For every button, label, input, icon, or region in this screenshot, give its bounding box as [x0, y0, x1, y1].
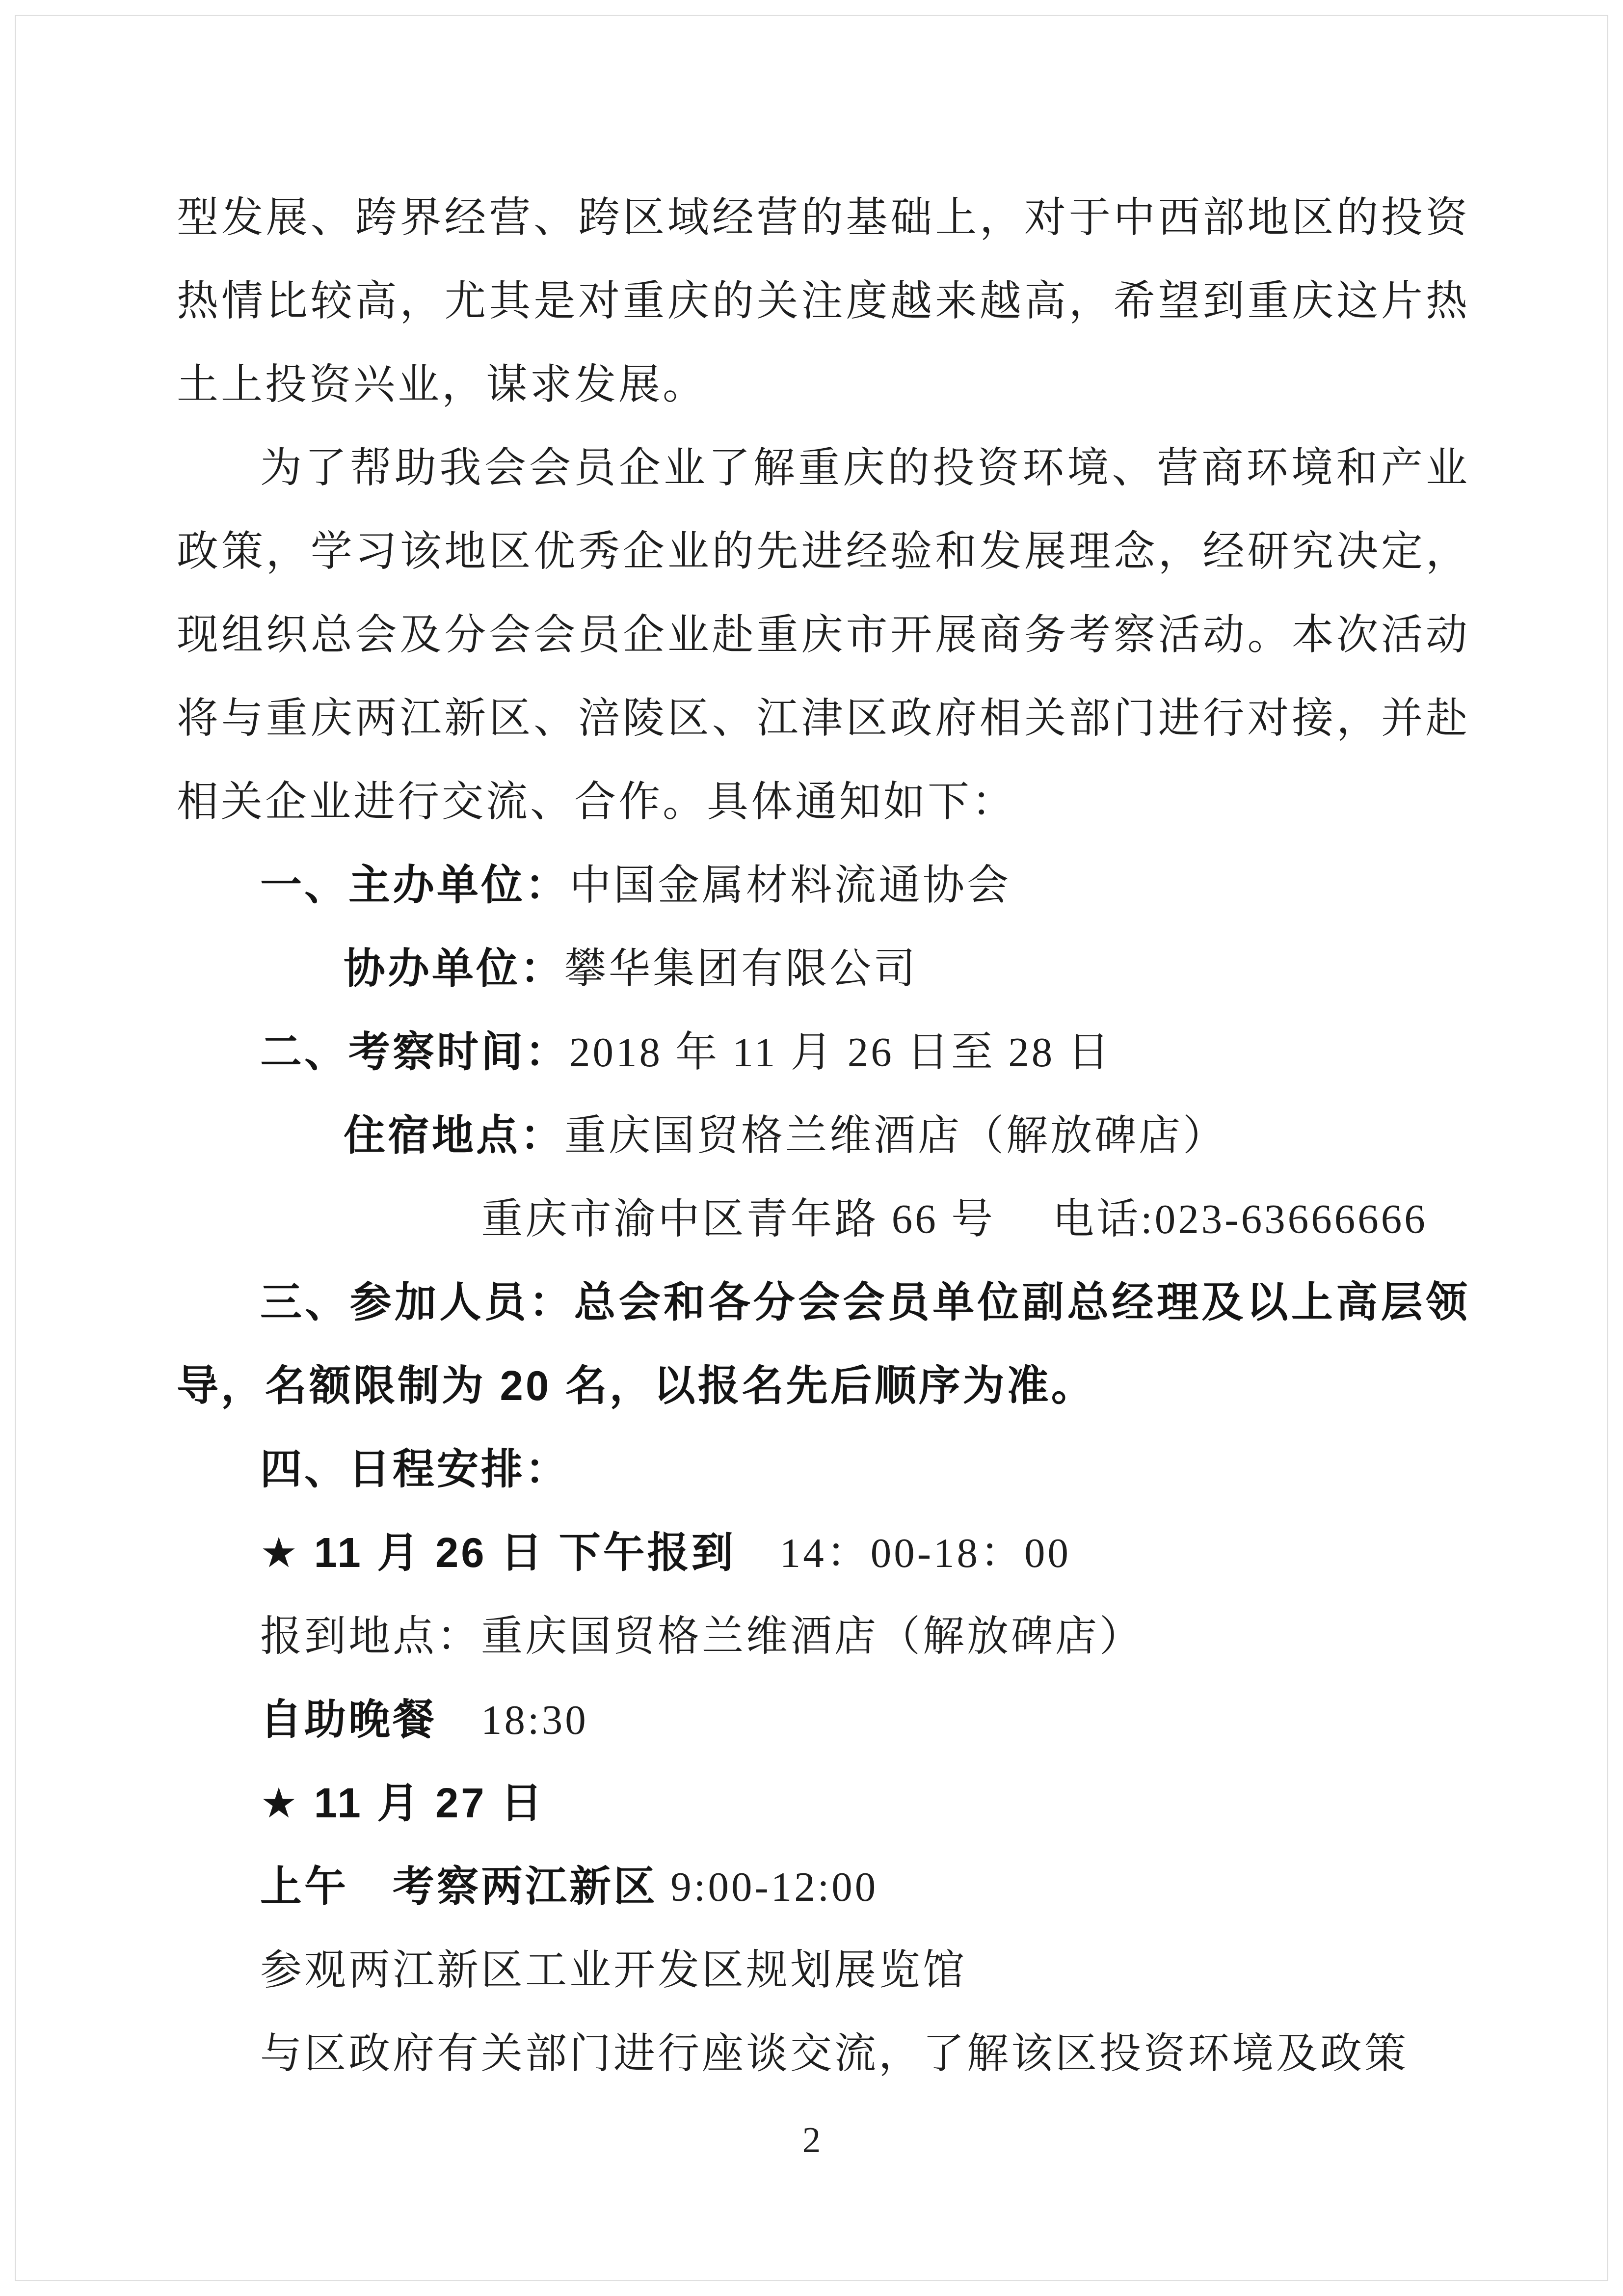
text-line: ★ 11 月 27 日: [260, 1762, 1470, 1845]
text-segment: 政策，学习该地区优秀企业的先进经验和发展理念，经研究决定，: [177, 529, 1470, 575]
text-segment: 中国金属材料流通协会: [569, 863, 1011, 909]
text-line: 参观两江新区工业开发区规划展览馆: [260, 1929, 1470, 2012]
text-line: ★ 11 月 26 日 下午报到 14：00-18：00: [260, 1512, 1470, 1595]
bold-text-segment: ★ 11 月 26 日 下午报到: [260, 1530, 736, 1576]
text-segment: 报到地点：重庆国贸格兰维酒店（解放碑店）: [260, 1614, 1144, 1660]
text-line: 土上投资兴业，谋求发展。: [177, 343, 1470, 427]
text-segment: 热情比较高，尤其是对重庆的关注度越来越高，希望到重庆这片热: [177, 278, 1470, 324]
bold-text-segment: 自助晚餐: [260, 1697, 437, 1743]
text-segment: 土上投资兴业，谋求发展。: [177, 362, 707, 408]
text-line: 热情比较高，尤其是对重庆的关注度越来越高，希望到重庆这片热: [177, 260, 1470, 343]
document-body: 型发展、跨界经营、跨区域经营的基础上，对于中西部地区的投资热情比较高，尤其是对重…: [0, 0, 1623, 2096]
text-segment: 18:30: [437, 1697, 588, 1743]
text-line: 将与重庆两江新区、涪陵区、江津区政府相关部门进行对接，并赴: [177, 677, 1470, 760]
text-segment: 为了帮助我会会员企业了解重庆的投资环境、营商环境和产业: [260, 445, 1470, 491]
text-line: 相关企业进行交流、合作。具体通知如下：: [177, 760, 1470, 844]
bold-text-segment: 导，名额限制为 20 名，以报名先后顺序为准。: [177, 1363, 1095, 1409]
text-line: 协办单位：攀华集团有限公司: [344, 927, 1470, 1011]
bold-text-segment: 三、参加人员：: [260, 1279, 574, 1326]
text-line: 上午 考察两江新区 9:00-12:00: [260, 1845, 1470, 1929]
bold-text-segment: ★ 11 月 27 日: [260, 1780, 545, 1827]
bold-text-segment: 住宿地点：: [344, 1112, 564, 1159]
text-segment: 重庆市渝中区青年路 66 号 电话:023-63666666: [481, 1196, 1428, 1243]
bold-text-segment: 四、日程安排：: [260, 1446, 569, 1493]
text-line: 为了帮助我会会员企业了解重庆的投资环境、营商环境和产业: [260, 427, 1470, 510]
text-segment: 现组织总会及分会会员企业赴重庆市开展商务考察活动。本次活动: [177, 612, 1470, 658]
text-line: 政策，学习该地区优秀企业的先进经验和发展理念，经研究决定，: [177, 510, 1470, 594]
bold-text-segment: 总会和各分会会员单位副总经理及以上高层领: [574, 1279, 1470, 1326]
text-line: 重庆市渝中区青年路 66 号 电话:023-63666666: [481, 1178, 1470, 1261]
text-line: 与区政府有关部门进行座谈交流，了解该区投资环境及政策: [260, 2012, 1470, 2096]
text-segment: 攀华集团有限公司: [564, 946, 918, 992]
text-line: 型发展、跨界经营、跨区域经营的基础上，对于中西部地区的投资: [177, 176, 1470, 260]
text-line: 自助晚餐 18:30: [260, 1678, 1470, 1762]
text-line: 住宿地点：重庆国贸格兰维酒店（解放碑店）: [344, 1094, 1470, 1178]
bold-text-segment: 上午 考察两江新区: [260, 1864, 658, 1910]
text-segment: 9:00-12:00: [658, 1864, 878, 1910]
text-line: 一、主办单位：中国金属材料流通协会: [260, 844, 1470, 927]
text-segment: 将与重庆两江新区、涪陵区、江津区政府相关部门进行对接，并赴: [177, 696, 1470, 742]
bold-text-segment: 二、考察时间：: [260, 1029, 569, 1076]
text-line: 四、日程安排：: [260, 1428, 1470, 1512]
text-line: 现组织总会及分会会员企业赴重庆市开展商务考察活动。本次活动: [177, 594, 1470, 677]
scanned-page: 型发展、跨界经营、跨区域经营的基础上，对于中西部地区的投资热情比较高，尤其是对重…: [0, 0, 1623, 2296]
bold-text-segment: 协办单位：: [344, 945, 564, 992]
text-line: 报到地点：重庆国贸格兰维酒店（解放碑店）: [260, 1595, 1470, 1678]
page-number: 2: [0, 2111, 1623, 2170]
text-segment: 2018 年 11 月 26 日至 28 日: [569, 1029, 1112, 1076]
text-segment: 与区政府有关部门进行座谈交流，了解该区投资环境及政策: [260, 2031, 1409, 2077]
text-segment: 14：00-18：00: [736, 1530, 1071, 1576]
text-segment: 重庆国贸格兰维酒店（解放碑店）: [564, 1113, 1227, 1159]
bold-text-segment: 一、主办单位：: [260, 862, 569, 909]
text-segment: 参观两江新区工业开发区规划展览馆: [260, 1947, 967, 1994]
text-line: 二、考察时间：2018 年 11 月 26 日至 28 日: [260, 1011, 1470, 1094]
text-segment: 型发展、跨界经营、跨区域经营的基础上，对于中西部地区的投资: [177, 195, 1470, 241]
text-line: 三、参加人员：总会和各分会会员单位副总经理及以上高层领: [260, 1261, 1470, 1345]
text-line: 导，名额限制为 20 名，以报名先后顺序为准。: [177, 1345, 1470, 1428]
text-segment: 相关企业进行交流、合作。具体通知如下：: [177, 779, 1016, 825]
